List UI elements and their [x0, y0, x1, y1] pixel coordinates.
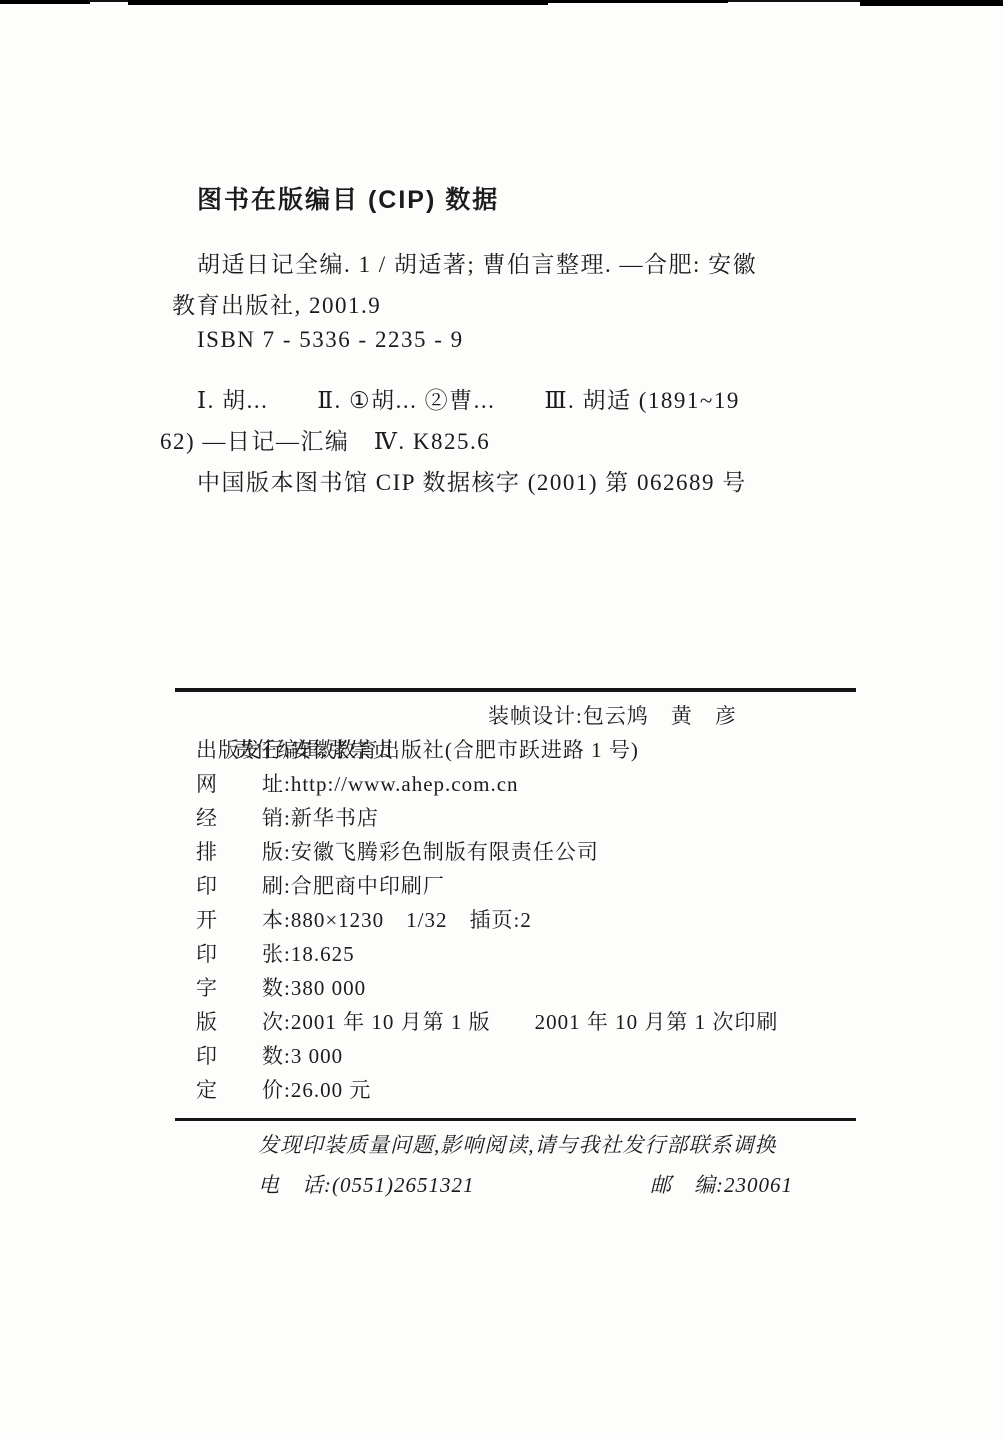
- colon: :: [716, 1173, 724, 1197]
- postcode-label: 邮 编: [650, 1173, 716, 1197]
- colophon-row-printing: 印 刷:合肥商中印刷厂: [196, 869, 856, 903]
- scan-artifact-segment: [0, 0, 90, 4]
- editor-label: 责任编辑: [234, 733, 322, 767]
- phone-value: (0551)2651321: [332, 1173, 475, 1197]
- colophon-label: 排 版: [196, 835, 284, 869]
- colon: :: [324, 1173, 332, 1197]
- quality-notice: 发现印装质量问题,影响阅读,请与我社发行部联系调换 电 话:(0551)2651…: [258, 1130, 793, 1200]
- colophon-label: 版 次: [196, 1005, 284, 1039]
- colophon-value: 380 000: [291, 976, 366, 1000]
- cip-heading: 图书在版编目 (CIP) 数据: [197, 180, 897, 216]
- colophon-row-wordcount: 字 数:380 000: [196, 971, 856, 1005]
- colophon-row-format: 开 本:880×1230 1/32 插页:2: [196, 903, 856, 937]
- colophon-row-edition: 版 次:2001 年 10 月第 1 版 2001 年 10 月第 1 次印刷: [196, 1005, 856, 1039]
- design-pair: 装帧设计:包云鸠 黄 彦: [488, 699, 737, 733]
- colon: :: [284, 772, 291, 796]
- divider-bottom: [175, 1118, 856, 1121]
- colophon-label: 开 本: [196, 903, 284, 937]
- colophon-value: 合肥商中印刷厂: [291, 874, 445, 898]
- colon: :: [284, 806, 291, 830]
- colophon-value: 安徽飞腾彩色制版有限责任公司: [291, 840, 599, 864]
- colophon-row-price: 定 价:26.00 元: [196, 1073, 856, 1107]
- colophon-value: 3 000: [291, 1044, 343, 1068]
- colophon-value: 26.00 元: [291, 1078, 372, 1102]
- scan-artifact-segment: [860, 0, 1003, 6]
- cip-bibliographic-line1: 胡适日记全编. 1 / 胡适著; 曹伯言整理. —合肥: 安徽: [197, 246, 897, 279]
- colon: :: [284, 1078, 291, 1102]
- colophon-value: 新华书店: [291, 806, 379, 830]
- design-label: 装帧设计: [488, 699, 576, 733]
- colon: :: [284, 908, 291, 932]
- colophon-label: 印 张: [196, 937, 284, 971]
- editor-value: 张崇贞: [328, 738, 394, 762]
- phone-label: 电 话: [258, 1173, 324, 1197]
- colophon-label: 印 数: [196, 1039, 284, 1073]
- colophon-label: 定 价: [196, 1073, 284, 1107]
- cip-bibliographic-line2: 教育出版社, 2001.9: [172, 287, 872, 320]
- colophon-value: 2001 年 10 月第 1 版 2001 年 10 月第 1 次印刷: [291, 1010, 779, 1034]
- scan-artifact-segment: [128, 0, 548, 5]
- cip-classification-line1: Ⅰ. 胡... Ⅱ. ①胡... ②曹... Ⅲ. 胡适 (1891~19: [197, 382, 897, 415]
- colophon-row-sheets: 印 张:18.625: [196, 937, 856, 971]
- contact-line: 电 话:(0551)2651321 邮 编:230061: [258, 1170, 793, 1200]
- colophon-row-editors: 责任编辑:张崇贞 装帧设计:包云鸠 黄 彦: [196, 699, 856, 733]
- design-value: 包云鸠 黄 彦: [583, 704, 737, 728]
- colon: :: [284, 1010, 291, 1034]
- colophon-row-typesetting: 排 版:安徽飞腾彩色制版有限责任公司: [196, 835, 856, 869]
- colophon-label: 印 刷: [196, 869, 284, 903]
- postcode-value: 230061: [724, 1173, 793, 1197]
- postcode: 邮 编:230061: [650, 1170, 793, 1200]
- phone: 电 话:(0551)2651321: [258, 1170, 475, 1200]
- colophon: 责任编辑:张崇贞 装帧设计:包云鸠 黄 彦 出版发行:安徽教育出版社(合肥市跃进…: [196, 699, 856, 1107]
- colophon-value: 18.625: [291, 942, 355, 966]
- cip-classification-line2: 62) —日记—汇编 Ⅳ. K825.6: [160, 423, 860, 456]
- colon: :: [284, 942, 291, 966]
- colophon-row-distribution: 经 销:新华书店: [196, 801, 856, 835]
- colophon-row-printrun: 印 数:3 000: [196, 1039, 856, 1073]
- isbn-line: ISBN 7 - 5336 - 2235 - 9: [197, 327, 897, 353]
- quality-notice-text: 发现印装质量问题,影响阅读,请与我社发行部联系调换: [258, 1130, 793, 1160]
- divider-top: [175, 688, 856, 692]
- colophon-label: 字 数: [196, 971, 284, 1005]
- colon: :: [284, 1044, 291, 1068]
- colon: :: [284, 874, 291, 898]
- colophon-value: 880×1230 1/32 插页:2: [291, 908, 532, 932]
- colon: :: [284, 840, 291, 864]
- scan-artifact-segment: [548, 0, 728, 3]
- cip-record-number: 中国版本图书馆 CIP 数据核字 (2001) 第 062689 号: [197, 464, 897, 497]
- book-copyright-page: 图书在版编目 (CIP) 数据 胡适日记全编. 1 / 胡适著; 曹伯言整理. …: [0, 0, 1003, 1439]
- colon: :: [576, 704, 583, 728]
- colon: :: [284, 976, 291, 1000]
- colophon-value: http://www.ahep.com.cn: [291, 772, 519, 796]
- colophon-row-website: 网 址:http://www.ahep.com.cn: [196, 767, 856, 801]
